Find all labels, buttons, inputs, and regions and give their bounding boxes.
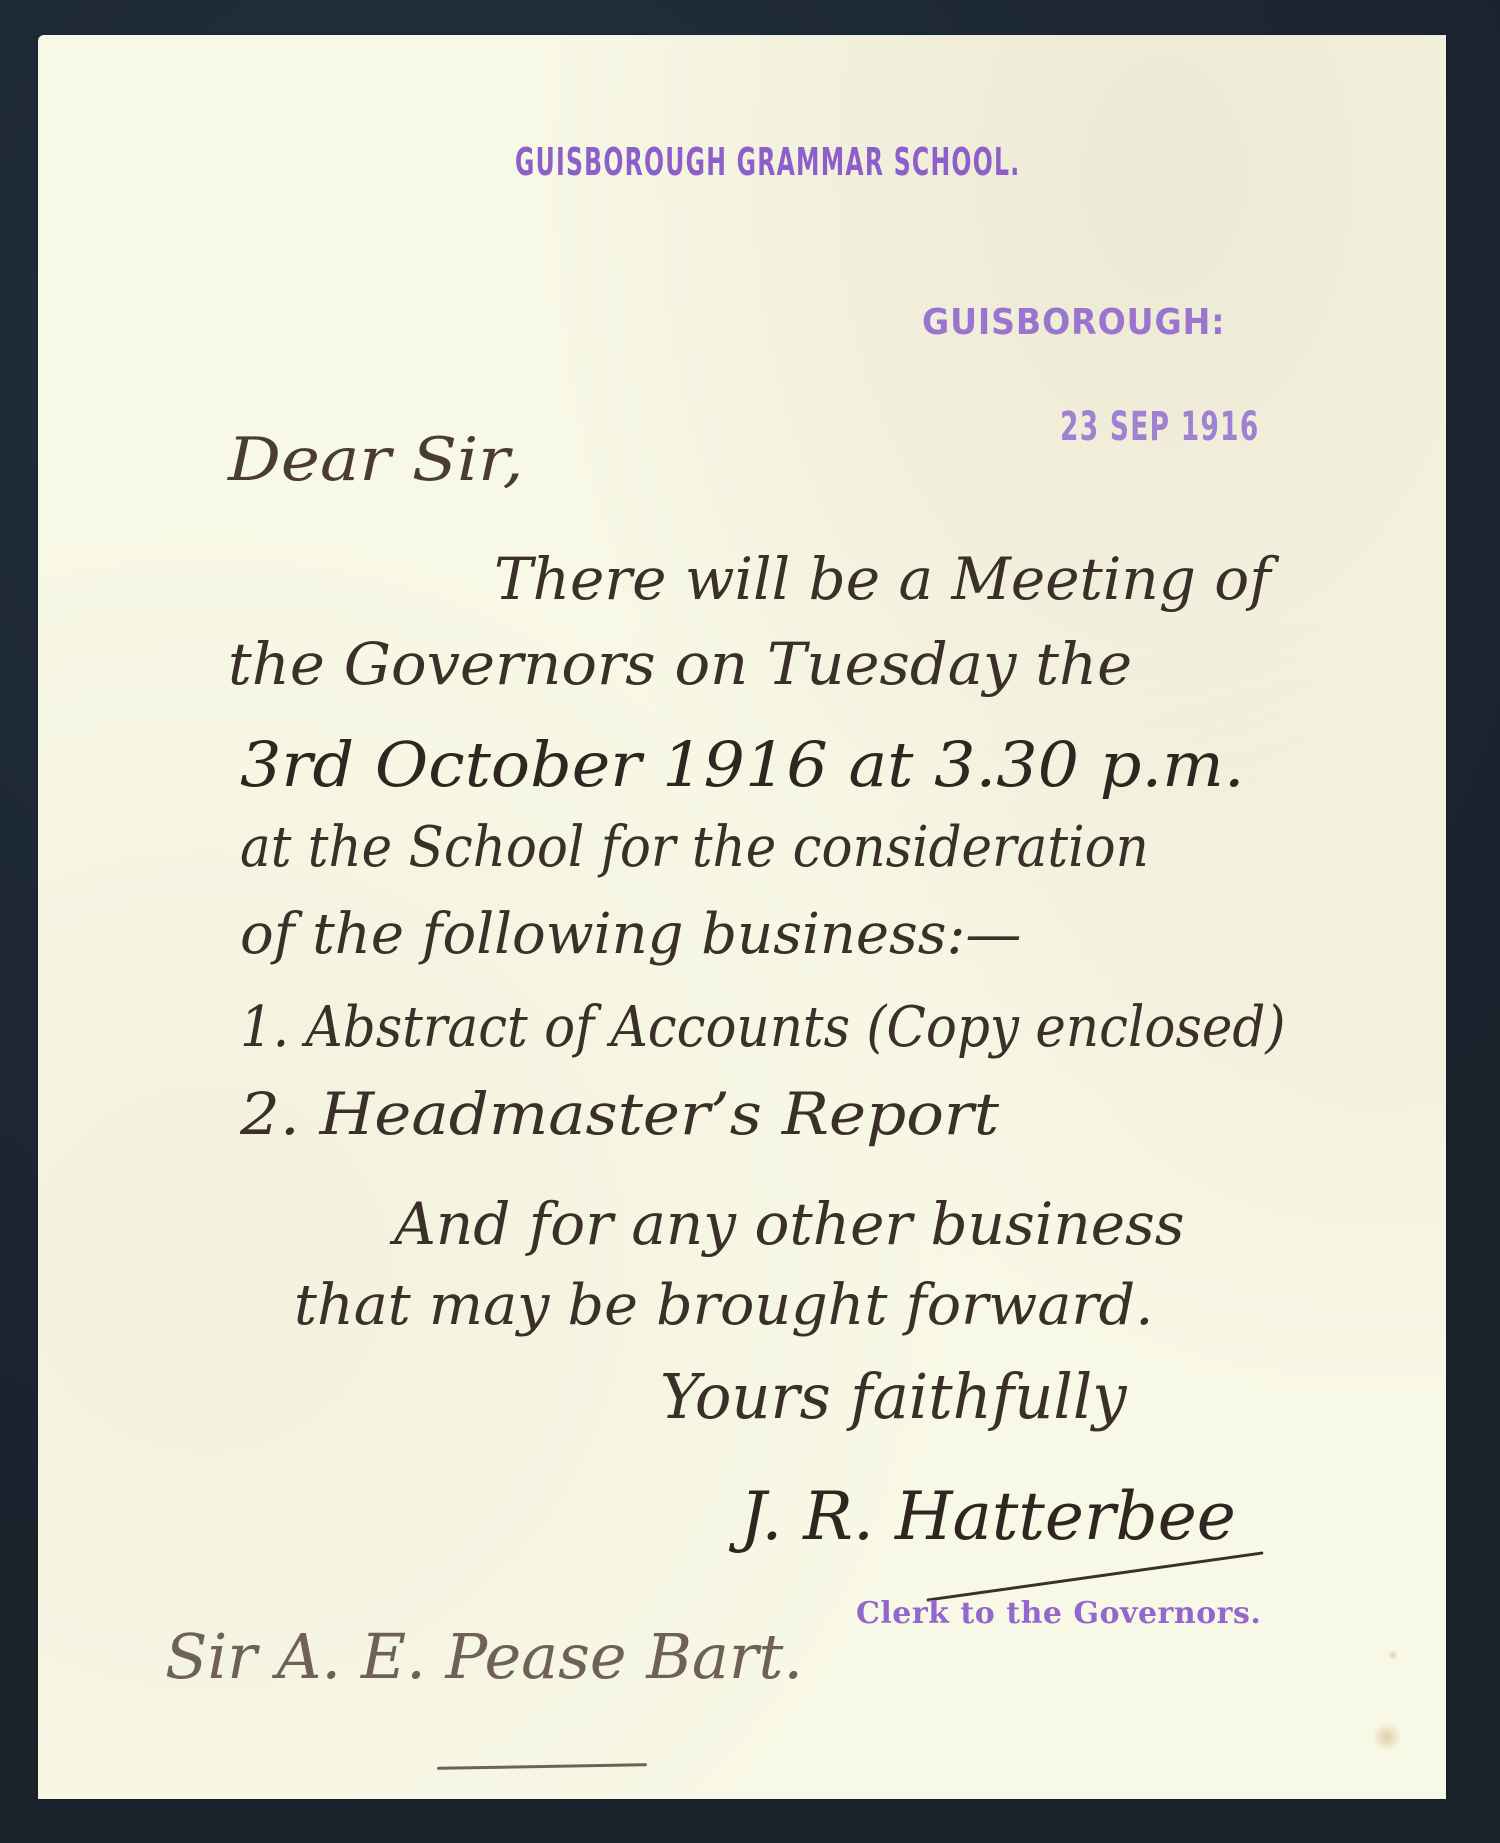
foxing-stain [1372, 1722, 1402, 1752]
foxing-stain [1388, 1650, 1398, 1660]
agenda-item-1: 1. Abstract of Accounts (Copy enclosed) [240, 995, 1285, 1060]
letter-line: 3rd October 1916 at 3.30 p.m. [240, 728, 1245, 801]
school-name-stamp: GUISBOROUGH GRAMMAR SCHOOL. [515, 140, 1020, 184]
agenda-item-2: 2. Headmaster’s Report [240, 1080, 999, 1148]
letter-line: at the School for the consideration [240, 815, 1149, 880]
signatory-title-stamp: Clerk to the Governors. [856, 1596, 1261, 1631]
closing: Yours faithfully [660, 1360, 1127, 1433]
salutation: Dear Sir, [228, 425, 523, 495]
letter-line: There will be a Meeting of [494, 545, 1271, 613]
signature: J. R. Hatterbee [740, 1478, 1236, 1555]
letter-line: of the following business:— [240, 902, 1021, 967]
letter-line: And for any other business [394, 1190, 1185, 1258]
addressee: Sir A. E. Pease Bart. [165, 1620, 803, 1693]
town-stamp: GUISBOROUGH: [922, 302, 1225, 343]
date-stamp: 23 SEP 1916 [1060, 404, 1260, 450]
letter-line: that may be brought forward. [294, 1273, 1153, 1338]
letter-line: the Governors on Tuesday the [228, 630, 1132, 698]
